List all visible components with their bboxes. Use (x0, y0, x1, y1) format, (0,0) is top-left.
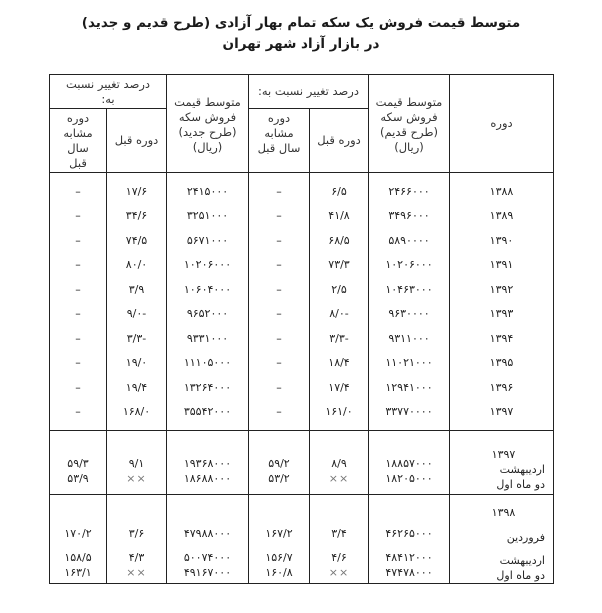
table-row: ۱۳۹۷ ۳۳۷۷۰۰۰۰ ۱۶۱/۰ – ۳۵۵۴۲۰۰۰ ۱۶۸/۰ – (50, 400, 554, 431)
header-new-prev-period: دوره قبل (107, 109, 167, 173)
old-prev-cell: ۶۸/۵ (310, 228, 369, 253)
new-price-cell: ۱۳۲۶۴۰۰۰ (167, 375, 249, 400)
group-old-yoy-cell: ۵۹/۲ ۵۳/۲ (249, 431, 310, 495)
group-new-yoy-cell: ۵۹/۳ ۵۳/۹ (50, 431, 107, 495)
new-yoy-cell: – (50, 375, 107, 400)
new-price-cell: ۲۴۱۵۰۰۰ (167, 173, 249, 204)
header-new-same-period-last-year: دوره مشابه سال قبل (50, 109, 107, 173)
header-old-same-period-last-year: دوره مشابه سال قبل (249, 109, 310, 173)
old-prev-cell: -۸/۰ (310, 302, 369, 327)
period-cell: ۱۳۸۸ (450, 173, 554, 204)
new-yoy-cell: – (50, 277, 107, 302)
group-value: ۴۸۴۱۲۰۰۰ (369, 550, 449, 565)
old-yoy-cell: – (249, 351, 310, 376)
new-price-cell: ۵۶۷۱۰۰۰ (167, 228, 249, 253)
table-row: ۱۳۹۴ ۹۳۱۱۰۰۰ -۳/۳ – ۹۳۳۱۰۰۰ -۳/۳ – (50, 326, 554, 351)
period-cell: ۱۳۹۰ (450, 228, 554, 253)
new-prev-cell: ۸۰/۰ (107, 253, 167, 278)
old-price-cell: ۹۶۳۰۰۰۰ (369, 302, 450, 327)
group-value: ۴۹۱۶۷۰۰۰ (167, 565, 248, 580)
period-cell: ۱۳۹۷ (450, 400, 554, 431)
group-value: ۴۷۴۷۸۰۰۰ (369, 565, 449, 580)
table-row: ۱۳۹۱ ۱۰۲۰۶۰۰۰ ۷۳/۳ – ۱۰۲۰۶۰۰۰ ۸۰/۰ – (50, 253, 554, 278)
group-old-price-cell: ۴۶۲۶۵۰۰۰ ۴۸۴۱۲۰۰۰ ۴۷۴۷۸۰۰۰ (369, 495, 450, 584)
new-price-cell: ۳۵۵۴۲۰۰۰ (167, 400, 249, 431)
group-sub-period: اردیبهشت (450, 553, 545, 568)
group-old-yoy-cell: ۱۶۷/۲ ۱۵۶/۷ ۱۶۰/۸ (249, 495, 310, 584)
header-old-prev-period: دوره قبل (310, 109, 369, 173)
old-price-cell: ۲۴۶۶۰۰۰ (369, 173, 450, 204)
group-value: ۱۹۳۶۸۰۰۰ (167, 456, 248, 471)
group-value: ۵۳/۲ (249, 471, 309, 486)
new-yoy-cell: – (50, 253, 107, 278)
period-cell: ۱۳۹۴ (450, 326, 554, 351)
old-prev-cell: ۷۳/۳ (310, 253, 369, 278)
table-row: ۱۳۹۳ ۹۶۳۰۰۰۰ -۸/۰ – ۹۶۵۲۰۰۰ -۹/۰ – (50, 302, 554, 327)
group-value: ۴۶۲۶۵۰۰۰ (369, 526, 449, 541)
period-cell: ۱۳۹۱ (450, 253, 554, 278)
table-subtitle: در بازار آزاد شهر تهران (0, 36, 602, 52)
old-price-cell: ۵۸۹۰۰۰۰ (369, 228, 450, 253)
group-year: ۱۳۹۷ (450, 447, 545, 462)
coin-price-table: دوره متوسط قیمت فروش سکه (طرح قدیم) (ریا… (49, 74, 554, 584)
group-new-yoy-cell: ۱۷۰/۲ ۱۵۸/۵ ۱۶۳/۱ (50, 495, 107, 584)
group-period-cell: ۱۳۹۷ اردیبهشت دو ماه اول (450, 431, 554, 495)
old-prev-cell: ۲/۵ (310, 277, 369, 302)
group-value: ۱۸۶۸۸۰۰۰ (167, 471, 248, 486)
group-value: ۱۸۸۵۷۰۰۰ (369, 456, 449, 471)
old-yoy-cell: – (249, 253, 310, 278)
group-new-prev-cell: ۹/۱ ×× (107, 431, 167, 495)
old-price-cell: ۳۴۹۶۰۰۰ (369, 204, 450, 229)
group-old-prev-cell: ۳/۴ ۴/۶ ×× (310, 495, 369, 584)
group-value: ۴/۶ (310, 550, 368, 565)
group-value: ۱۷۰/۲ (50, 526, 106, 541)
new-prev-cell: ۳/۹ (107, 277, 167, 302)
period-cell: ۱۳۹۲ (450, 277, 554, 302)
table-row: ۱۳۸۹ ۳۴۹۶۰۰۰ ۴۱/۸ – ۳۲۵۱۰۰۰ ۳۴/۶ – (50, 204, 554, 229)
old-yoy-cell: – (249, 204, 310, 229)
old-yoy-cell: – (249, 173, 310, 204)
header-old-price: متوسط قیمت فروش سکه (طرح قدیم) (ریال) (369, 75, 450, 173)
new-yoy-cell: – (50, 326, 107, 351)
group-value: ۱۶۰/۸ (249, 565, 309, 580)
header-new-price: متوسط قیمت فروش سکه (طرح جدید) (ریال) (167, 75, 249, 173)
new-prev-cell: -۳/۳ (107, 326, 167, 351)
group-value: ۵۹/۲ (249, 456, 309, 471)
group-value: ۱۸۲۰۵۰۰۰ (369, 471, 449, 486)
period-cell: ۱۳۹۶ (450, 375, 554, 400)
new-prev-cell: -۹/۰ (107, 302, 167, 327)
group-new-price-cell: ۱۹۳۶۸۰۰۰ ۱۸۶۸۸۰۰۰ (167, 431, 249, 495)
new-price-cell: ۱۰۲۰۶۰۰۰ (167, 253, 249, 278)
group-value: ۱۵۶/۷ (249, 550, 309, 565)
new-price-cell: ۹۳۳۱۰۰۰ (167, 326, 249, 351)
new-price-cell: ۹۶۵۲۰۰۰ (167, 302, 249, 327)
group-value: ×× (107, 565, 166, 580)
table-row: ۱۳۹۲ ۱۰۴۶۳۰۰۰ ۲/۵ – ۱۰۶۰۴۰۰۰ ۳/۹ – (50, 277, 554, 302)
new-price-cell: ۱۰۶۰۴۰۰۰ (167, 277, 249, 302)
header-new-yoy-text: دوره مشابه سال قبل (58, 111, 98, 171)
group-value: ۳/۴ (310, 526, 368, 541)
old-price-cell: ۱۱۰۲۱۰۰۰ (369, 351, 450, 376)
group-value: ۱۵۸/۵ (50, 550, 106, 565)
old-yoy-cell: – (249, 400, 310, 431)
old-price-cell: ۱۰۴۶۳۰۰۰ (369, 277, 450, 302)
new-price-cell: ۳۲۵۱۰۰۰ (167, 204, 249, 229)
group-old-price-cell: ۱۸۸۵۷۰۰۰ ۱۸۲۰۵۰۰۰ (369, 431, 450, 495)
old-price-cell: ۳۳۷۷۰۰۰۰ (369, 400, 450, 431)
old-yoy-cell: – (249, 375, 310, 400)
header-new-change-group: درصد تغییر نسبت به: (50, 75, 167, 109)
table-row: ۱۳۹۰ ۵۸۹۰۰۰۰ ۶۸/۵ – ۵۶۷۱۰۰۰ ۷۴/۵ – (50, 228, 554, 253)
table-row: ۱۳۹۵ ۱۱۰۲۱۰۰۰ ۱۸/۴ – ۱۱۱۰۵۰۰۰ ۱۹/۰ – (50, 351, 554, 376)
old-prev-cell: ۶/۵ (310, 173, 369, 204)
group-value: ۵۰۰۷۴۰۰۰ (167, 550, 248, 565)
new-yoy-cell: – (50, 228, 107, 253)
group-value: ۳/۶ (107, 526, 166, 541)
group-value: ۴۷۹۸۸۰۰۰ (167, 526, 248, 541)
group-value: ۵۹/۳ (50, 456, 106, 471)
group-sub-period: دو ماه اول (450, 568, 545, 583)
group-old-prev-cell: ۸/۹ ×× (310, 431, 369, 495)
new-yoy-cell: – (50, 400, 107, 431)
new-prev-cell: ۷۴/۵ (107, 228, 167, 253)
new-prev-cell: ۱۶۸/۰ (107, 400, 167, 431)
old-prev-cell: ۱۶۱/۰ (310, 400, 369, 431)
old-prev-cell: ۱۸/۴ (310, 351, 369, 376)
group-sub-period: دو ماه اول (450, 477, 545, 492)
group-value: ۸/۹ (310, 456, 368, 471)
old-price-cell: ۱۲۹۴۱۰۰۰ (369, 375, 450, 400)
old-prev-cell: ۴۱/۸ (310, 204, 369, 229)
old-yoy-cell: – (249, 228, 310, 253)
old-yoy-cell: – (249, 326, 310, 351)
group-value: ۱۶۷/۲ (249, 526, 309, 541)
group-new-price-cell: ۴۷۹۸۸۰۰۰ ۵۰۰۷۴۰۰۰ ۴۹۱۶۷۰۰۰ (167, 495, 249, 584)
group-new-prev-cell: ۳/۶ ۴/۳ ×× (107, 495, 167, 584)
group-sub-period: اردیبهشت (450, 462, 545, 477)
table-row: ۱۳۹۶ ۱۲۹۴۱۰۰۰ ۱۷/۴ – ۱۳۲۶۴۰۰۰ ۱۹/۴ – (50, 375, 554, 400)
new-yoy-cell: – (50, 204, 107, 229)
group-period-cell: ۱۳۹۸ فروردین اردیبهشت دو ماه اول (450, 495, 554, 584)
period-cell: ۱۳۸۹ (450, 204, 554, 229)
new-prev-cell: ۳۴/۶ (107, 204, 167, 229)
new-prev-cell: ۱۷/۶ (107, 173, 167, 204)
old-yoy-cell: – (249, 302, 310, 327)
new-yoy-cell: – (50, 173, 107, 204)
new-prev-cell: ۱۹/۴ (107, 375, 167, 400)
group-value: ۴/۳ (107, 550, 166, 565)
group-year: ۱۳۹۸ (450, 505, 545, 520)
old-price-cell: ۱۰۲۰۶۰۰۰ (369, 253, 450, 278)
header-old-change-group: درصد تغییر نسبت به: (249, 75, 369, 109)
group-value: ×× (310, 471, 368, 486)
period-cell: ۱۳۹۵ (450, 351, 554, 376)
group-1398: ۱۳۹۸ فروردین اردیبهشت دو ماه اول ۴۶۲۶۵۰۰… (50, 495, 554, 584)
header-period: دوره (450, 75, 554, 173)
group-value: ۹/۱ (107, 456, 166, 471)
new-yoy-cell: – (50, 302, 107, 327)
period-cell: ۱۳۹۳ (450, 302, 554, 327)
group-value: ۵۳/۹ (50, 471, 106, 486)
group-value: ×× (107, 471, 166, 486)
old-prev-cell: -۳/۳ (310, 326, 369, 351)
group-value: ۱۶۳/۱ (50, 565, 106, 580)
old-price-cell: ۹۳۱۱۰۰۰ (369, 326, 450, 351)
header-old-yoy-text: دوره مشابه سال قبل (257, 111, 301, 171)
new-prev-cell: ۱۹/۰ (107, 351, 167, 376)
old-prev-cell: ۱۷/۴ (310, 375, 369, 400)
group-sub-period: فروردین (450, 530, 545, 545)
table-row: ۱۳۸۸ ۲۴۶۶۰۰۰ ۶/۵ – ۲۴۱۵۰۰۰ ۱۷/۶ – (50, 173, 554, 204)
group-1397: ۱۳۹۷ اردیبهشت دو ماه اول ۱۸۸۵۷۰۰۰ ۱۸۲۰۵۰… (50, 431, 554, 495)
group-value: ×× (310, 565, 368, 580)
new-yoy-cell: – (50, 351, 107, 376)
table-title: متوسط قیمت فروش یک سکه تمام بهار آزادی (… (0, 15, 602, 31)
old-yoy-cell: – (249, 277, 310, 302)
new-price-cell: ۱۱۱۰۵۰۰۰ (167, 351, 249, 376)
